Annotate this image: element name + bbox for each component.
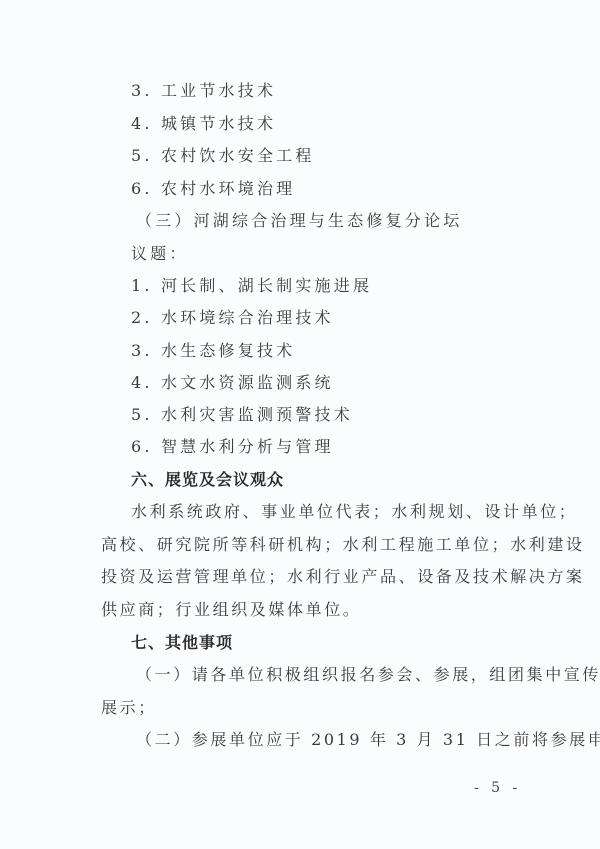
paragraph-line: 水利系统政府、事业单位代表；水利规划、设计单位； — [131, 502, 577, 522]
paragraph-line: 高校、研究院所等科研机构；水利工程施工单位；水利建设 — [101, 535, 585, 555]
list-item: 4. 城镇节水技术 — [131, 114, 276, 134]
paragraph-line: 供应商；行业组织及媒体单位。 — [101, 600, 361, 620]
paragraph-line: 投资及运营管理单位；水利行业产品、设备及技术解决方案 — [101, 567, 585, 587]
section-heading: 七、其他事项 — [131, 633, 233, 653]
list-item: 6. 农村水环境治理 — [131, 179, 295, 199]
forum-title: （三）河湖综合治理与生态修复分论坛 — [136, 211, 462, 231]
paragraph-line: （一）请各单位积极组织报名参会、参展，组团集中宣传 — [136, 665, 600, 685]
list-item: 1. 河长制、湖长制实施进展 — [131, 276, 372, 296]
paragraph-line: 展示； — [101, 698, 157, 718]
topics-label: 议题： — [131, 244, 189, 264]
list-item: 3. 水生态修复技术 — [131, 341, 295, 361]
page-number: - 5 - — [474, 780, 521, 796]
list-item: 3. 工业节水技术 — [131, 81, 276, 101]
paragraph-line: （二）参展单位应于 2019 年 3 月 31 日之前将参展申请 — [136, 730, 600, 750]
list-item: 5. 水利灾害监测预警技术 — [131, 405, 353, 425]
list-item: 6. 智慧水利分析与管理 — [131, 437, 334, 457]
list-item: 5. 农村饮水安全工程 — [131, 146, 315, 166]
section-heading: 六、展览及会议观众 — [131, 470, 284, 490]
list-item: 4. 水文水资源监测系统 — [131, 373, 334, 393]
list-item: 2. 水环境综合治理技术 — [131, 308, 334, 328]
